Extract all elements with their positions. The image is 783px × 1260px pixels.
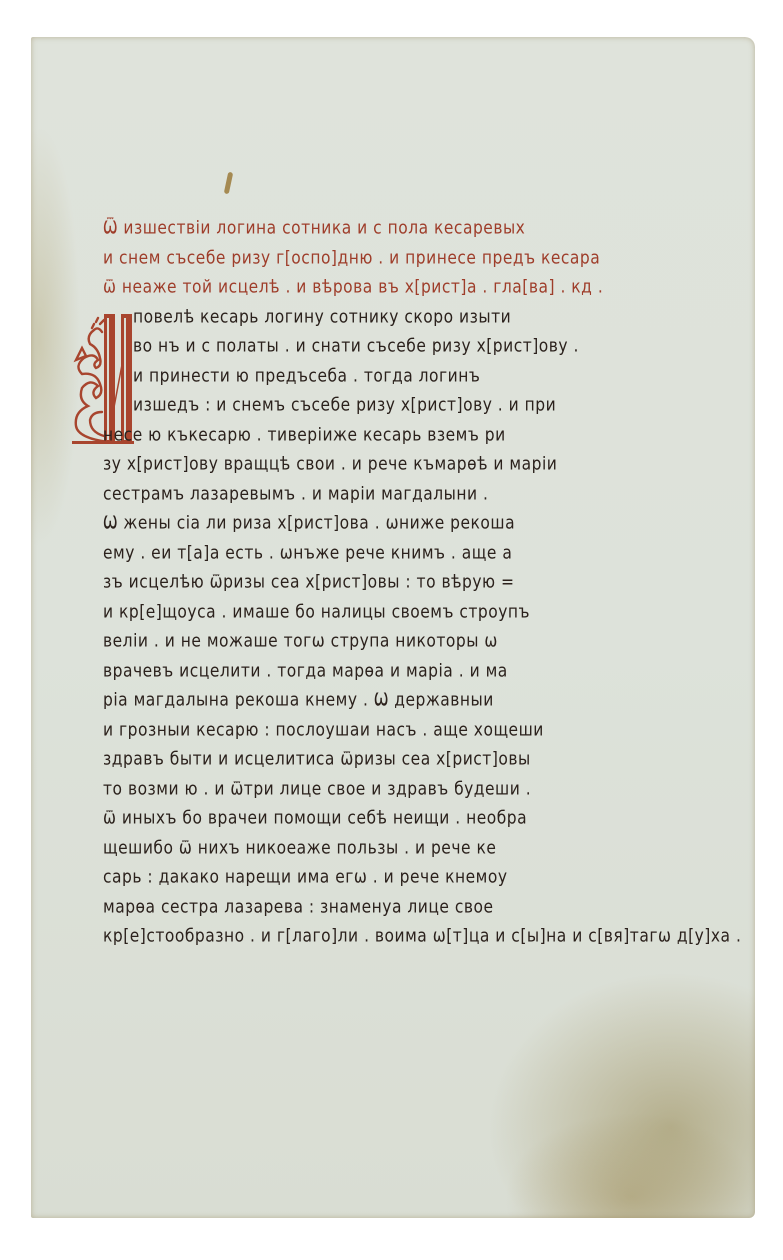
- text-line: кр[е]стообразно . и г[лаго]ли . воима ѡ[…: [103, 920, 573, 954]
- rubric-line: Ѿ изшествіи логина сотника и с пола кеса…: [103, 212, 573, 246]
- text-line: изшедъ : и снемъ съсебе ризу х[рист]ову …: [103, 389, 573, 423]
- text-line: зу х[рист]ову вращцѣ свои . и рече къмар…: [103, 448, 573, 482]
- text-line: зъ исцелѣю ѿризы сеа х[рист]овы : то вѣр…: [103, 566, 573, 600]
- rubric-line: ѿ неаже той исцелѣ . и вѣрова въ х[рист]…: [103, 271, 573, 305]
- manuscript-text: Ѿ изшествіи логина сотника и с пола кеса…: [103, 214, 573, 952]
- ink-stain: [224, 172, 233, 195]
- text-line: во нъ и с полаты . и снати съсебе ризу х…: [103, 330, 573, 364]
- text-line: Ѡ жены сіа ли риза х[рист]ова . ѡниже ре…: [103, 507, 573, 541]
- text-line: сарь : дакако нарещи има егѡ . и рече кн…: [103, 861, 573, 895]
- text-line: веліи . и не можаше тогѡ струпа никоторы…: [103, 625, 573, 659]
- text-line: здравъ быти и исцелитиса ѿризы сеа х[рис…: [103, 743, 573, 777]
- text-line: ріа магдалына рекоша кнему . Ѡ державныи: [103, 684, 573, 718]
- text-line: ѿ иныхъ бо врачеи помощи себѣ неищи . не…: [103, 802, 573, 836]
